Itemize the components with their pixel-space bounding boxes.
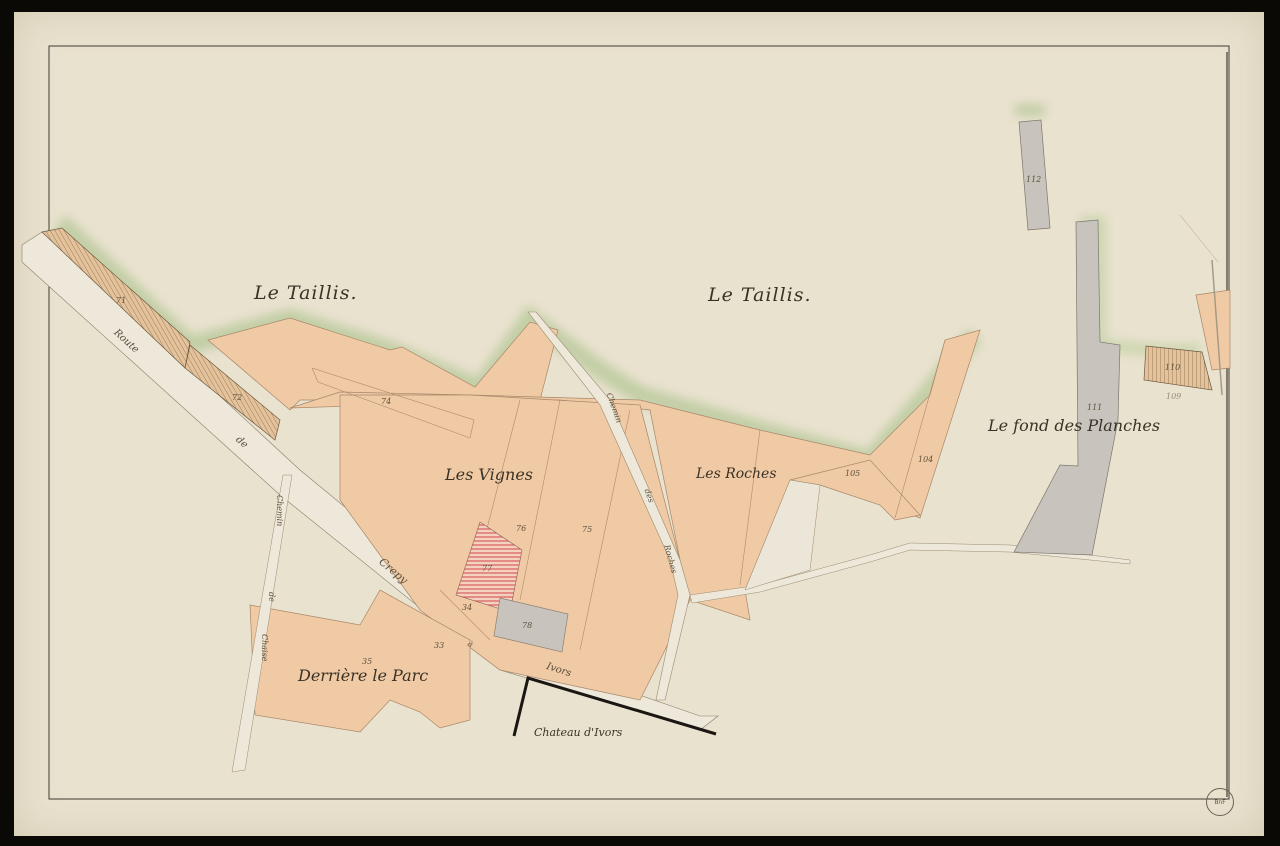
label-de-left: de xyxy=(267,592,275,602)
label-les-roches: Les Roches xyxy=(696,467,777,481)
label-derriere-le-parc: Derrière le Parc xyxy=(298,668,428,684)
label-les-vignes: Les Vignes xyxy=(445,467,533,483)
library-stamp: BnF xyxy=(1206,788,1234,816)
parcel-number-72: 72 xyxy=(232,394,242,402)
parcel-number-78: 78 xyxy=(522,622,532,630)
parcel-number-35: 35 xyxy=(362,658,372,666)
parcel-number-34: 34 xyxy=(462,604,472,612)
label-chateau-d-ivors: Chateau d'Ivors xyxy=(534,727,622,738)
parcel-number-110: 110 xyxy=(1165,364,1180,372)
parcel-number-76: 76 xyxy=(516,525,526,533)
label-chaise-left: Chaise xyxy=(260,634,268,661)
parcel-number-112: 112 xyxy=(1026,176,1041,184)
parcel-number-74: 74 xyxy=(381,398,391,406)
label-le-taillis-east: Le Taillis. xyxy=(708,286,812,305)
parcel-number-75: 75 xyxy=(582,526,592,534)
label-le-taillis-west: Le Taillis. xyxy=(254,284,358,303)
parcel-number-71: 71 xyxy=(116,297,126,305)
label-chemin-left: Chemin xyxy=(275,495,283,526)
parcel-number-111: 111 xyxy=(1087,404,1102,412)
label-le-fond-des-planches: Le fond des Planches xyxy=(988,418,1160,434)
parcel-number-33: 33 xyxy=(434,642,444,650)
parcel-number-105: 105 xyxy=(845,470,860,478)
parcel-number-109: 109 xyxy=(1166,393,1181,401)
parcel-number-77: 77 xyxy=(482,565,492,573)
parcel-number-104: 104 xyxy=(918,456,933,464)
